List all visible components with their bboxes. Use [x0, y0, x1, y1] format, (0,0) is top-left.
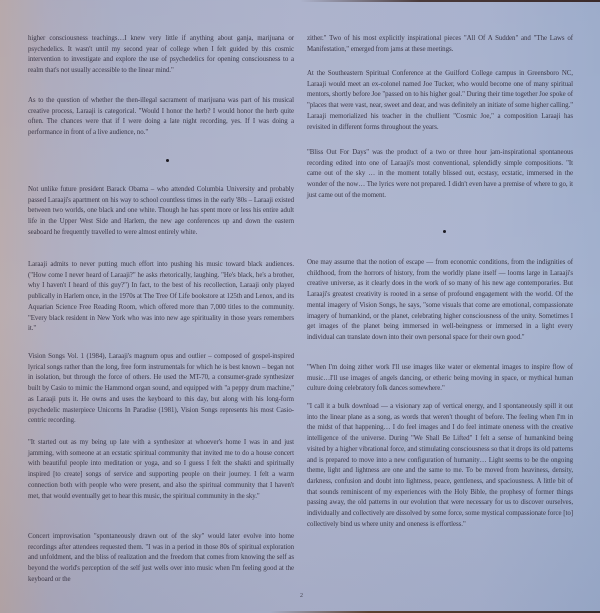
page-top-edge: [300, 0, 600, 2]
page-number: 2: [300, 593, 303, 599]
paragraph: At the Southeastern Spiritual Conference…: [307, 69, 573, 133]
paragraph: One may assume that the notion of escape…: [307, 258, 573, 344]
paragraph: Vision Songs Vol. 1 (1984), Laraaji's ma…: [28, 352, 294, 427]
section-break-dot: [443, 230, 446, 233]
paragraph: "Bliss Out For Days" was the product of …: [307, 148, 573, 202]
paragraph: As to the question of whether the then-i…: [28, 96, 294, 139]
paragraph: Laraaji admits to never putting much eff…: [28, 260, 294, 335]
paragraph: "It started out as my being up late with…: [28, 438, 294, 502]
section-break-dot: [166, 159, 169, 162]
paragraph: zither." Two of his most explicitly insp…: [307, 34, 573, 55]
paragraph: Concert improvisation "spontaneously dra…: [28, 532, 294, 586]
paragraph: Not unlike future president Barack Obama…: [28, 185, 294, 239]
paragraph: "I call it a bulk download — a visionary…: [307, 402, 573, 530]
paragraph: "When I'm doing zither work I'll use ima…: [307, 363, 573, 395]
paragraph: higher consciousness teachings…I knew ve…: [28, 34, 294, 77]
